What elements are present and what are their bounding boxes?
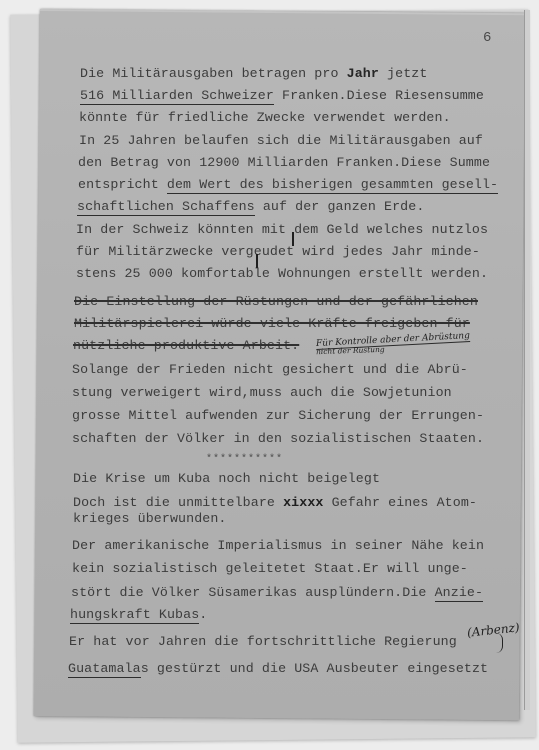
underlined-text: 516 Milliarden Schweizer — [80, 88, 274, 105]
page-edge — [524, 10, 530, 710]
text-line: In der Schweiz könnten mit dem Geld welc… — [76, 222, 488, 238]
underlined-text: schaftlichen Schaffens — [77, 199, 255, 216]
section-separator: *********** — [206, 454, 283, 465]
typed-over-word: xixxx — [283, 495, 323, 510]
text-line: den Betrag von 12900 Milliarden Franken.… — [78, 155, 490, 171]
text-line: Die Militärausgaben betragen pro Jahr je… — [80, 66, 427, 82]
text-line: Solange der Frieden nicht gesichert und … — [72, 362, 468, 378]
text-line: schaften der Völker in den sozialistisch… — [72, 431, 484, 447]
struck-text-line: nützliche produktive Arbeit. — [73, 338, 299, 354]
text-line: kein sozialistisch geleitetet Staat.Er w… — [72, 561, 468, 577]
text-line: könnte für friedliche Zwecke verwendet w… — [79, 110, 451, 126]
text-line: stens 25 000 komfortable Wohnungen erste… — [76, 266, 488, 282]
text-line: Der amerikanische Imperialismus in seine… — [72, 538, 484, 554]
handwritten-correction-mark — [256, 254, 258, 268]
page-number: 6 — [483, 30, 491, 46]
text-line: krieges überwunden. — [73, 511, 227, 527]
struck-text-line: Militärspielerei würde viele Kräfte frei… — [74, 316, 470, 332]
text-line: entspricht dem Wert des bisherigen gesam… — [78, 177, 498, 193]
text-line: Guatamalas gestürzt und die USA Ausbeute… — [68, 661, 488, 677]
struck-text-line: Die Einstellung der Rüstungen und der ge… — [74, 294, 478, 310]
underlined-text: Anzie- — [435, 585, 483, 602]
underlined-text: dem Wert des bisherigen gesammten gesell… — [167, 177, 498, 194]
text-line: Er hat vor Jahren die fortschrittliche R… — [69, 634, 457, 650]
text-line: für Militärzwecke vergeudet wird jedes J… — [76, 244, 480, 260]
text-line: schaftlichen Schaffens auf der ganzen Er… — [77, 199, 424, 215]
text-line: stung verweigert wird,muss auch die Sowj… — [72, 385, 452, 401]
underlined-text: Guatamala — [68, 661, 141, 678]
text-line: In 25 Jahren belaufen sich die Militärau… — [79, 133, 483, 149]
underlined-text: hungskraft Kubas — [70, 607, 199, 624]
text-line: grosse Mittel aufwenden zur Sicherung de… — [72, 408, 484, 424]
text-line: Die Krise um Kuba noch nicht beigelegt — [73, 471, 380, 487]
text-line: stört die Völker Süsamerikas ausplündern… — [71, 585, 483, 601]
handwritten-correction-mark — [292, 232, 294, 246]
text-line: 516 Milliarden Schweizer Franken.Diese R… — [80, 88, 484, 104]
text-line: hungskraft Kubas. — [70, 607, 207, 623]
text-line: Doch ist die unmittelbare xixxx Gefahr e… — [73, 495, 477, 511]
corrected-word: Jahr — [347, 66, 379, 81]
